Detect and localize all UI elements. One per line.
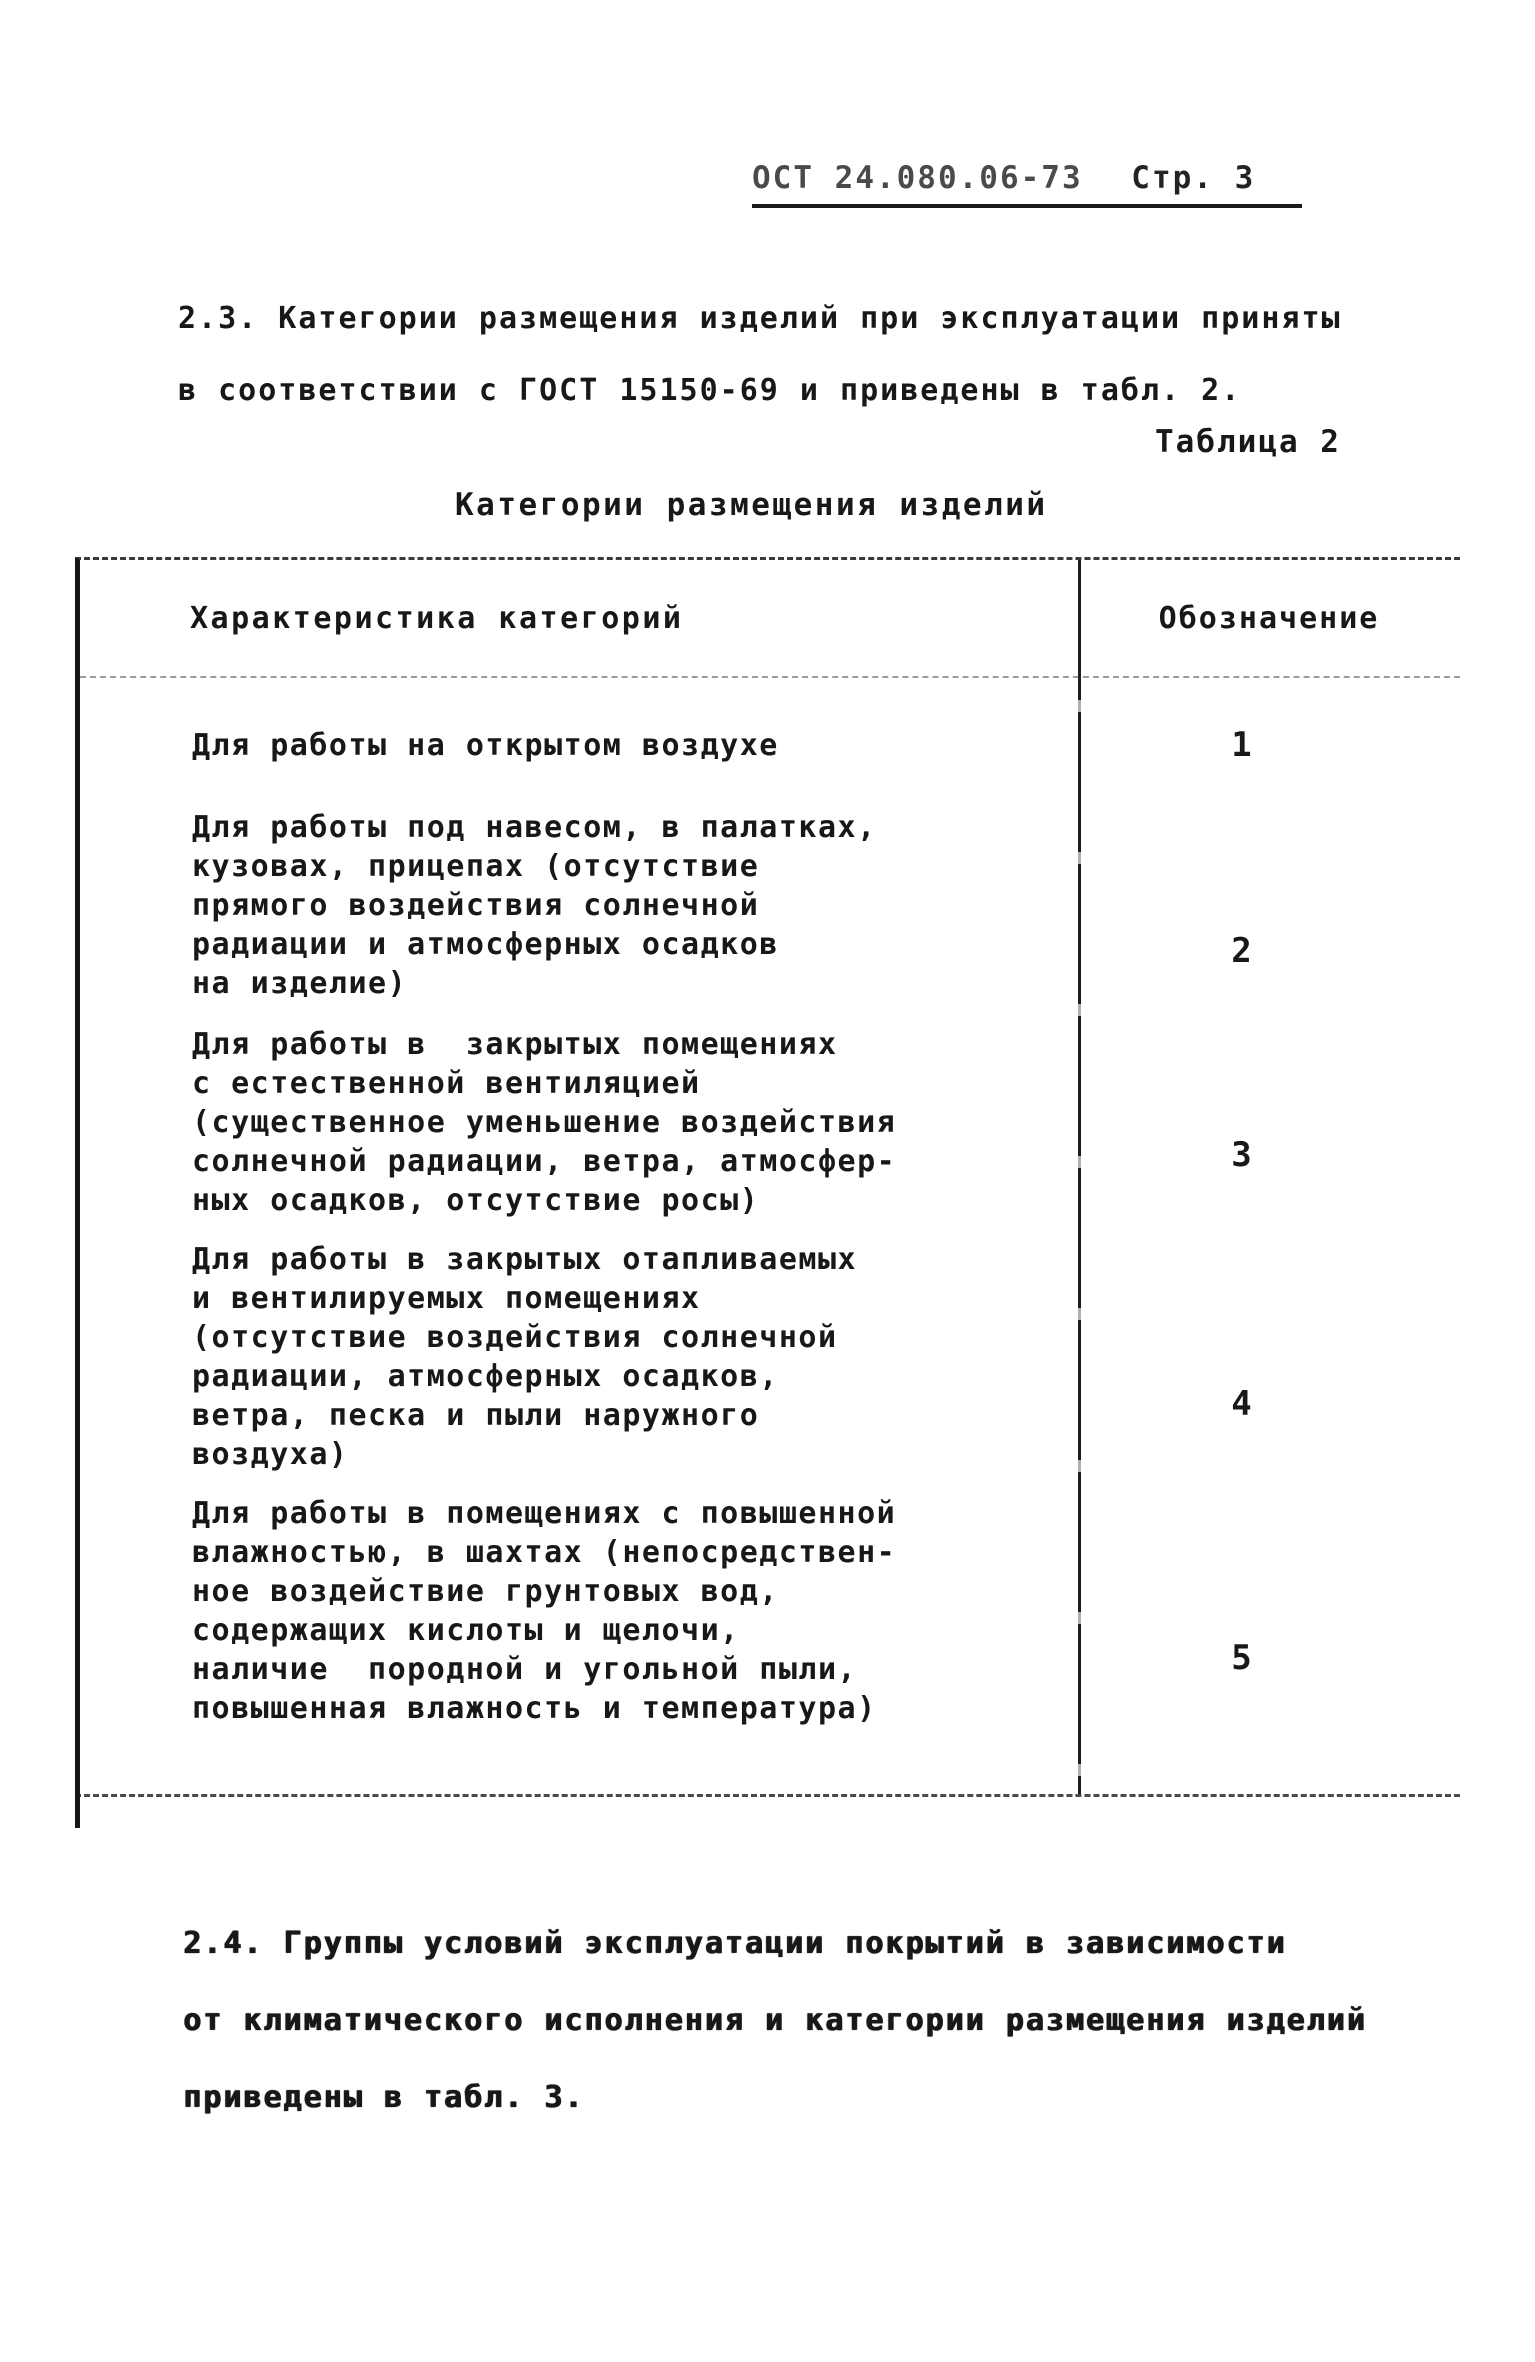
category-description: Для работы под навесом, в палатках, кузо… bbox=[80, 808, 1078, 1003]
category-description: Для работы на открытом воздухе bbox=[80, 726, 1078, 765]
category-description: Для работы в помещениях с повышенной вла… bbox=[80, 1494, 1078, 1728]
table-2-label: Таблица 2 bbox=[1155, 424, 1341, 460]
doc-number: ОСТ 24.080.06-73 bbox=[752, 160, 1083, 196]
table-2-title: Категории размещения изделий bbox=[455, 487, 1048, 523]
table-row: Для работы в помещениях с повышенной вла… bbox=[80, 1494, 1460, 1728]
document-page: ОСТ 24.080.06-73 Стр. 3 2.3. Категории р… bbox=[0, 0, 1535, 2362]
table-row: Для работы на открытом воздухе 1 bbox=[80, 726, 1460, 765]
category-description: Для работы в закрытых помещениях с естес… bbox=[80, 1025, 1078, 1220]
table-row: Для работы в закрытых отапливаемых и вен… bbox=[80, 1240, 1460, 1474]
paragraph-2-4: 2.4. Группы условий эксплуатации покрыти… bbox=[183, 1905, 1473, 2136]
page-number: Стр. 3 bbox=[1131, 160, 1255, 196]
categories-table: Характеристика категорий Обозначение Для… bbox=[75, 557, 1460, 1797]
category-code: 5 bbox=[1078, 1639, 1460, 1678]
category-code: 2 bbox=[1078, 932, 1460, 971]
category-code: 1 bbox=[1078, 726, 1460, 765]
table-left-border-tail bbox=[75, 1794, 80, 1828]
category-code: 4 bbox=[1078, 1385, 1460, 1424]
column-header-characteristic: Характеристика категорий bbox=[80, 601, 1078, 636]
table-column-divider bbox=[1078, 560, 1081, 1794]
table-header-row: Характеристика категорий Обозначение bbox=[80, 560, 1460, 678]
table-row: Для работы в закрытых помещениях с естес… bbox=[80, 1025, 1460, 1220]
running-header: ОСТ 24.080.06-73 Стр. 3 bbox=[752, 160, 1302, 208]
table-row: Для работы под навесом, в палатках, кузо… bbox=[80, 808, 1460, 1003]
paragraph-2-3: 2.3. Категории размещения изделий при эк… bbox=[178, 283, 1438, 427]
category-description: Для работы в закрытых отапливаемых и вен… bbox=[80, 1240, 1078, 1474]
category-code: 3 bbox=[1078, 1136, 1460, 1175]
column-header-designation: Обозначение bbox=[1078, 601, 1460, 636]
